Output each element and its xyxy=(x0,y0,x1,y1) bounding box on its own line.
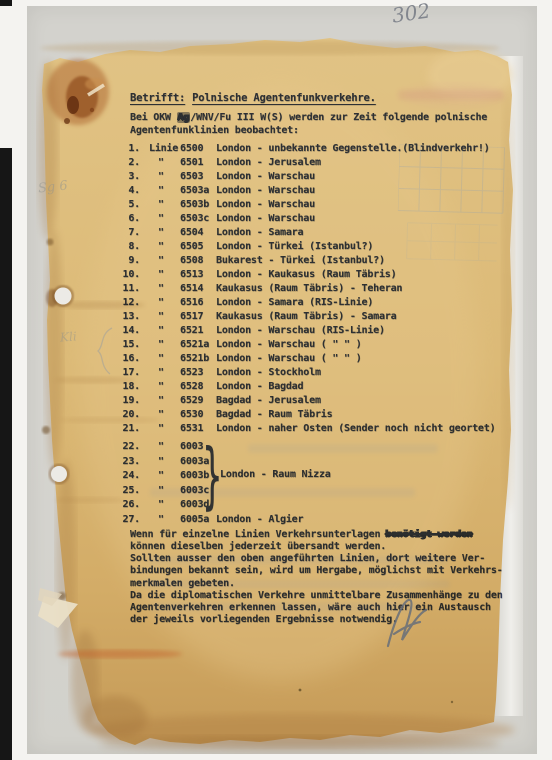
list-row: 19."6529Bagdad - Jerusalem xyxy=(114,395,514,409)
row-number: 24. xyxy=(114,470,140,481)
list-row: 15."6521aLondon - Warschau ( " " ) xyxy=(114,339,514,353)
list-row: 16."6521bLondon - Warschau ( " " ) xyxy=(114,353,514,367)
subject-label: Betrifft: xyxy=(130,92,185,104)
ditto-or-label: " xyxy=(158,339,164,350)
line-code: 6503a xyxy=(180,185,209,196)
line-code: 6517 xyxy=(180,311,203,322)
line-route: London - Samara xyxy=(216,227,303,238)
list-row: 13."6517Kaukasus (Raum Täbris) - Samara xyxy=(114,311,514,325)
closing-text: bindungen bekannt sein, wird um Hergabe,… xyxy=(130,565,503,576)
row-number: 5. xyxy=(114,199,140,210)
ditto-or-label: " xyxy=(158,157,164,168)
ditto-or-label: " xyxy=(158,395,164,406)
line-route: London - Bagdad xyxy=(216,381,303,392)
list-row: 27."6005aLondon - Algier xyxy=(114,514,514,529)
line-code: 6500 xyxy=(180,143,203,154)
list-row: 9."6508Bukarest - Türkei (Istanbul?) xyxy=(114,255,514,269)
closing-line: Agentenverkehren erkennen lassen, wäre a… xyxy=(130,602,503,614)
intro-post: /WNV/Fu III W(S) werden zur Zeit folgend… xyxy=(190,112,487,123)
intro-pre: Bei OKW xyxy=(130,112,177,123)
closing-text: Wenn für einzelne Linien Verkehrsunterla… xyxy=(130,529,380,540)
list-row: 2."6501London - Jerusalem xyxy=(114,157,514,171)
closing-text: Sollten ausser den oben angeführten Lini… xyxy=(130,553,485,564)
closing-line: Da die diplomatischen Verkehre unmittelb… xyxy=(130,590,503,602)
line-route: Kaukasus (Raum Täbris) - Samara xyxy=(216,311,396,322)
ditto-or-label: " xyxy=(158,353,164,364)
line-code: 6521 xyxy=(180,325,203,336)
line-code: 6503c xyxy=(180,213,209,224)
row-number: 19. xyxy=(114,395,140,406)
pencil-margin-note: Sg 6 xyxy=(37,178,68,196)
row-number: 25. xyxy=(114,485,140,496)
line-route: London - naher Osten (Sender noch nicht … xyxy=(216,423,495,434)
line-code: 6530 xyxy=(180,409,203,420)
line-route: London - Stockholm xyxy=(216,367,321,378)
ditto-or-label: " xyxy=(158,325,164,336)
list-row: 26."6003d xyxy=(114,499,514,514)
list-row: 6."6503cLondon - Warschau xyxy=(114,213,514,227)
line-code: 6501 xyxy=(180,157,203,168)
line-route: London - Warschau xyxy=(216,199,315,210)
list-row: 4."6503aLondon - Warschau xyxy=(114,185,514,199)
ditto-or-label: " xyxy=(158,185,164,196)
line-route: Bagdad - Raum Täbris xyxy=(216,409,332,420)
line-code: 6514 xyxy=(180,283,203,294)
row-number: 12. xyxy=(114,297,140,308)
list-row: 21."6531London - naher Osten (Sender noc… xyxy=(114,423,514,437)
pencil-brace-mark xyxy=(94,326,116,376)
closing-text: merkmalen gebeten. xyxy=(130,578,235,589)
line-route: London - Samara (RIS-Linie) xyxy=(216,297,373,308)
list-row: 12."6516London - Samara (RIS-Linie) xyxy=(114,297,514,311)
typewritten-text: Betrifft:Polnische Agentenfunkverkehre. … xyxy=(0,0,552,760)
line-code: 6521a xyxy=(180,339,209,350)
line-route: London - Algier xyxy=(216,514,303,525)
brace-group-route: London - Raum Nizza xyxy=(220,469,331,480)
row-number: 11. xyxy=(114,283,140,294)
intro-line-1: Bei OKW Ag/WNV/Fu III W(S) werden zur Ze… xyxy=(130,112,487,125)
ditto-or-label: " xyxy=(158,171,164,182)
closing-text: der jeweils vorliegenden Ergebnisse notw… xyxy=(130,614,398,625)
list-row: 20."6530Bagdad - Raum Täbris xyxy=(114,409,514,423)
closing-text: Agentenverkehren erkennen lassen, wäre a… xyxy=(130,602,491,613)
line-route: London - Kaukasus (Raum Täbris) xyxy=(216,269,396,280)
row-number: 10. xyxy=(114,269,140,280)
line-route: London - unbekannte Gegenstelle.(Blindve… xyxy=(216,143,490,154)
list-row: 11."6514Kaukasus (Raum Täbris) - Teheran xyxy=(114,283,514,297)
line-code: 6503 xyxy=(180,171,203,182)
list-row: 23."6003a xyxy=(114,456,514,471)
line-list-2: 22."600323."6003a24."6003b25."6003c26."6… xyxy=(114,441,514,528)
line-code: 6529 xyxy=(180,395,203,406)
list-row: 17."6523London - Stockholm xyxy=(114,367,514,381)
subject-text: Polnische Agentenfunkverkehre. xyxy=(192,92,376,104)
line-route: Bukarest - Türkei (Istanbul?) xyxy=(216,255,385,266)
ditto-or-label: " xyxy=(158,381,164,392)
closing-line: der jeweils vorliegenden Ergebnisse notw… xyxy=(130,614,503,626)
line-route: Bagdad - Jerusalem xyxy=(216,395,321,406)
list-row: 5."6503bLondon - Warschau xyxy=(114,199,514,213)
line-list-1: 1.Linie6500London - unbekannte Gegenstel… xyxy=(114,143,514,437)
closing-line: können dieselben jederzeit übersandt wer… xyxy=(130,541,503,553)
closing-line: Sollten ausser den oben angeführten Lini… xyxy=(130,553,503,565)
line-code: 6521b xyxy=(180,353,209,364)
list-row: 10."6513London - Kaukasus (Raum Täbris) xyxy=(114,269,514,283)
list-row: 14."6521London - Warschau (RIS-Linie) xyxy=(114,325,514,339)
row-number: 23. xyxy=(114,456,140,467)
line-code: 6513 xyxy=(180,269,203,280)
line-code: 6531 xyxy=(180,423,203,434)
line-route: London - Warschau xyxy=(216,171,315,182)
row-number: 20. xyxy=(114,409,140,420)
ditto-or-label: " xyxy=(158,283,164,294)
closing-text: können dieselben jederzeit übersandt wer… xyxy=(130,541,386,552)
list-row: 3."6503London - Warschau xyxy=(114,171,514,185)
list-row: 1.Linie6500London - unbekannte Gegenstel… xyxy=(114,143,514,157)
intro-paragraph: Bei OKW Ag/WNV/Fu III W(S) werden zur Ze… xyxy=(130,112,487,137)
closing-paragraphs: Wenn für einzelne Linien Verkehrsunterla… xyxy=(130,529,503,626)
struck-out-text: benötigt werden xyxy=(385,529,472,540)
closing-text: Da die diplomatischen Verkehre unmittelb… xyxy=(130,590,503,601)
ditto-or-label: " xyxy=(158,213,164,224)
ditto-or-label: " xyxy=(158,367,164,378)
ditto-or-label: " xyxy=(158,297,164,308)
line-route: London - Warschau ( " " ) xyxy=(216,353,362,364)
list-row: 7."6504London - Samara xyxy=(114,227,514,241)
ditto-or-label: " xyxy=(158,456,164,467)
ditto-or-label: " xyxy=(158,499,164,510)
ditto-or-label: " xyxy=(158,441,164,452)
ditto-or-label: " xyxy=(158,470,164,481)
list-row: 25."6003c xyxy=(114,485,514,500)
line-route: London - Warschau (RIS-Linie) xyxy=(216,325,385,336)
row-number: 18. xyxy=(114,381,140,392)
row-number: 6. xyxy=(114,213,140,224)
ditto-or-label: Linie xyxy=(149,143,178,154)
ditto-or-label: " xyxy=(158,423,164,434)
row-number: 8. xyxy=(114,241,140,252)
pencil-margin-note: Kli xyxy=(60,329,78,344)
row-number: 22. xyxy=(114,441,140,452)
line-code: 6508 xyxy=(180,255,203,266)
ditto-or-label: " xyxy=(158,485,164,496)
row-number: 26. xyxy=(114,499,140,510)
closing-line: bindungen bekannt sein, wird um Hergabe,… xyxy=(130,565,503,577)
list-row: 18."6528London - Bagdad xyxy=(114,381,514,395)
line-code: 6003 xyxy=(180,441,203,452)
list-row: 8."6505London - Türkei (Istanbul?) xyxy=(114,241,514,255)
row-number: 27. xyxy=(114,514,140,525)
line-code: 6516 xyxy=(180,297,203,308)
row-number: 1. xyxy=(114,143,140,154)
line-code: 6503b xyxy=(180,199,209,210)
overstruck-text: Ag xyxy=(177,112,191,123)
row-number: 21. xyxy=(114,423,140,434)
row-number: 2. xyxy=(114,157,140,168)
closing-line: merkmalen gebeten. xyxy=(130,578,503,590)
row-number: 9. xyxy=(114,255,140,266)
line-route: Kaukasus (Raum Täbris) - Teheran xyxy=(216,283,402,294)
line-code: 6505 xyxy=(180,241,203,252)
row-number: 3. xyxy=(114,171,140,182)
row-number: 17. xyxy=(114,367,140,378)
ditto-or-label: " xyxy=(158,269,164,280)
line-code: 6504 xyxy=(180,227,203,238)
ditto-or-label: " xyxy=(158,241,164,252)
ditto-or-label: " xyxy=(158,227,164,238)
row-number: 16. xyxy=(114,353,140,364)
ditto-or-label: " xyxy=(158,514,164,525)
row-number: 13. xyxy=(114,311,140,322)
row-number: 14. xyxy=(114,325,140,336)
scanned-document-page: { "page_number": "302", "pencil_notes": … xyxy=(0,0,552,760)
line-route: London - Türkei (Istanbul?) xyxy=(216,241,373,252)
row-number: 4. xyxy=(114,185,140,196)
intro-line-2: Agentenfunklinien beobachtet: xyxy=(130,125,487,138)
ditto-or-label: " xyxy=(158,199,164,210)
list-row: 22."6003 xyxy=(114,441,514,456)
ditto-or-label: " xyxy=(158,409,164,420)
row-number: 15. xyxy=(114,339,140,350)
line-route: London - Jerusalem xyxy=(216,157,321,168)
line-code: 6523 xyxy=(180,367,203,378)
line-route: London - Warschau xyxy=(216,185,315,196)
closing-line: Wenn für einzelne Linien Verkehrsunterla… xyxy=(130,529,503,541)
handwritten-paraph xyxy=(380,590,434,652)
ditto-or-label: " xyxy=(158,311,164,322)
row-number: 7. xyxy=(114,227,140,238)
subject-line: Betrifft:Polnische Agentenfunkverkehre. xyxy=(130,92,376,104)
line-route: London - Warschau xyxy=(216,213,315,224)
ditto-or-label: " xyxy=(158,255,164,266)
line-code: 6528 xyxy=(180,381,203,392)
line-route: London - Warschau ( " " ) xyxy=(216,339,362,350)
